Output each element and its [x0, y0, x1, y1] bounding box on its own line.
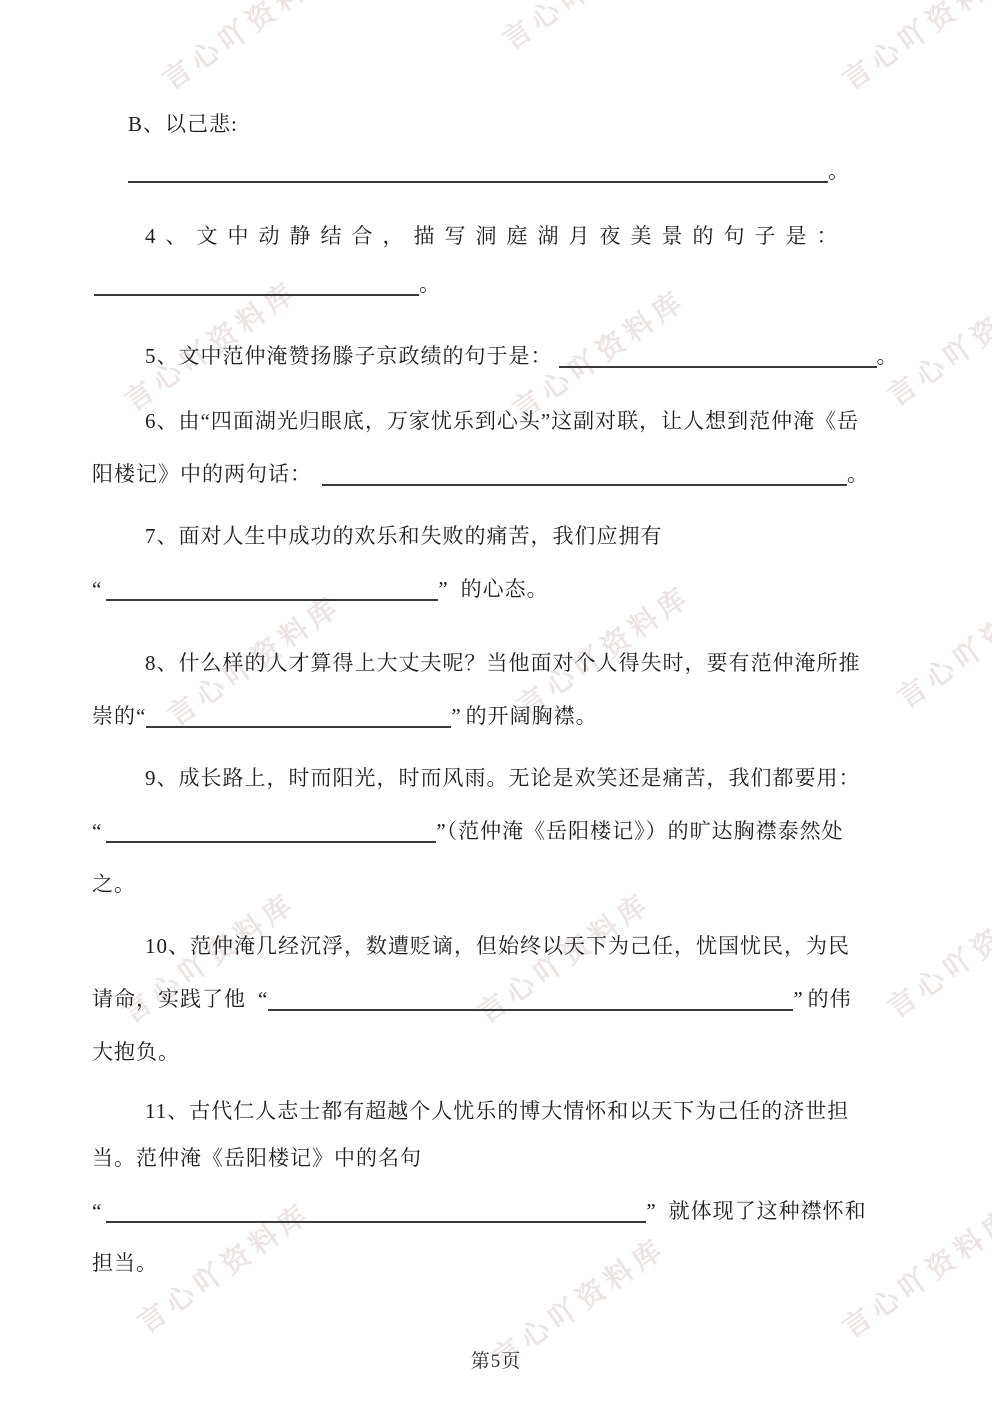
open-quote: “	[92, 1199, 102, 1223]
question-text: 的开阔胸襟。	[466, 704, 598, 728]
question-11-line-1: 11、古代仁人志士都有超越个人忧乐的博大情怀和以天下为己任的济世担	[145, 1096, 849, 1126]
question-text: 就体现了这种襟怀和	[669, 1199, 867, 1223]
question-6-line-2: 阳楼记》中的两句话：。	[92, 459, 869, 489]
question-text: 的伟	[808, 987, 852, 1011]
page-number: 第5页	[0, 1346, 992, 1373]
item-b-answer-line: 。	[128, 156, 850, 186]
watermark: 言心吖资料库	[889, 684, 912, 717]
question-6-line-1: 6、由“四面湖光归眼底，万家忧乐到心头”这副对联，让人想到范仲淹《岳	[145, 406, 859, 436]
period: 。	[419, 272, 441, 296]
period: 。	[877, 344, 899, 368]
question-text: （范仲淹《岳阳楼记》）的旷达胸襟泰然处	[447, 819, 844, 843]
watermark: 言心吖资料库	[879, 994, 902, 1027]
question-11-line-2: 当。范仲淹《岳阳楼记》中的名句	[92, 1143, 422, 1173]
open-quote: “	[92, 819, 102, 843]
question-10-line-3: 大抱负。	[92, 1037, 180, 1067]
watermark: 言心吖资料库	[879, 382, 902, 415]
question-text: 崇的“	[92, 704, 146, 728]
question-text: 5、文中范仲淹赞扬滕子京政绩的句于是：	[145, 344, 553, 368]
question-11-line-3: “”就体现了这种襟怀和	[92, 1196, 867, 1226]
close-quote: ”	[646, 1199, 656, 1223]
question-11-line-4: 担当。	[92, 1248, 158, 1278]
watermark: 言心吖资料库	[129, 1309, 152, 1342]
watermark: 言心吖资料库	[834, 1314, 857, 1347]
question-9-line-2: “”（范仲淹《岳阳楼记》）的旷达胸襟泰然处	[92, 816, 844, 846]
question-9-line-1: 9、成长路上，时而阳光，时而风雨。无论是欢笑还是痛苦，我们都要用：	[145, 763, 861, 793]
answer-blank	[94, 282, 419, 296]
question-text: 的心态。	[461, 577, 549, 601]
open-quote: “	[92, 577, 102, 601]
open-quote: “	[258, 987, 268, 1011]
watermark: 言心吖资料库	[154, 66, 177, 99]
question-4-text-line: 4、文中动静结合，描写洞庭湖月夜美景的句子是：	[145, 221, 848, 251]
watermark: 言心吖资料库	[116, 387, 139, 420]
close-quote: ”	[451, 704, 461, 728]
close-quote: ”	[793, 987, 803, 1011]
answer-blank	[322, 472, 847, 486]
question-10-line-1: 10、范仲淹几经沉浮，数遭贬谪，但始终以天下为己任，忧国忧民，为民	[145, 931, 850, 961]
question-5-line: 5、文中范仲淹赞扬滕子京政绩的句于是：。	[145, 341, 899, 371]
period: 。	[847, 462, 869, 486]
answer-blank	[268, 997, 793, 1011]
question-7-line-1: 7、面对人生中成功的欢乐和失败的痛苦，我们应拥有	[145, 521, 663, 551]
item-b-label: B、以己悲:	[128, 109, 238, 139]
question-4-answer-line: 。	[94, 269, 441, 299]
answer-blank	[128, 169, 828, 183]
question-text: 请命，实践了他	[92, 987, 246, 1011]
document-page: 言心吖资料库 言心吖资料库 言心吖资料库 言心吖资料库 言心吖资料库 言心吖资料…	[0, 0, 992, 1403]
watermark: 言心吖资料库	[494, 26, 517, 59]
period: 。	[828, 159, 850, 183]
close-quote: ”	[436, 819, 446, 843]
question-8-line-2: 崇的“”的开阔胸襟。	[92, 701, 598, 731]
question-10-line-2: 请命，实践了他“”的伟	[92, 984, 852, 1014]
answer-blank	[559, 354, 877, 368]
answer-blank	[106, 829, 436, 843]
question-9-line-3: 之。	[92, 869, 136, 899]
answer-blank	[106, 1209, 646, 1223]
question-7-line-2: “”的心态。	[92, 574, 549, 604]
close-quote: ”	[438, 577, 448, 601]
question-text: 阳楼记》中的两句话：	[92, 462, 312, 486]
answer-blank	[146, 714, 451, 728]
answer-blank	[106, 587, 438, 601]
question-8-line-1: 8、什么样的人才算得上大丈夫呢？当他面对个人得失时，要有范仲淹所推	[145, 648, 861, 678]
watermark: 言心吖资料库	[834, 66, 857, 99]
